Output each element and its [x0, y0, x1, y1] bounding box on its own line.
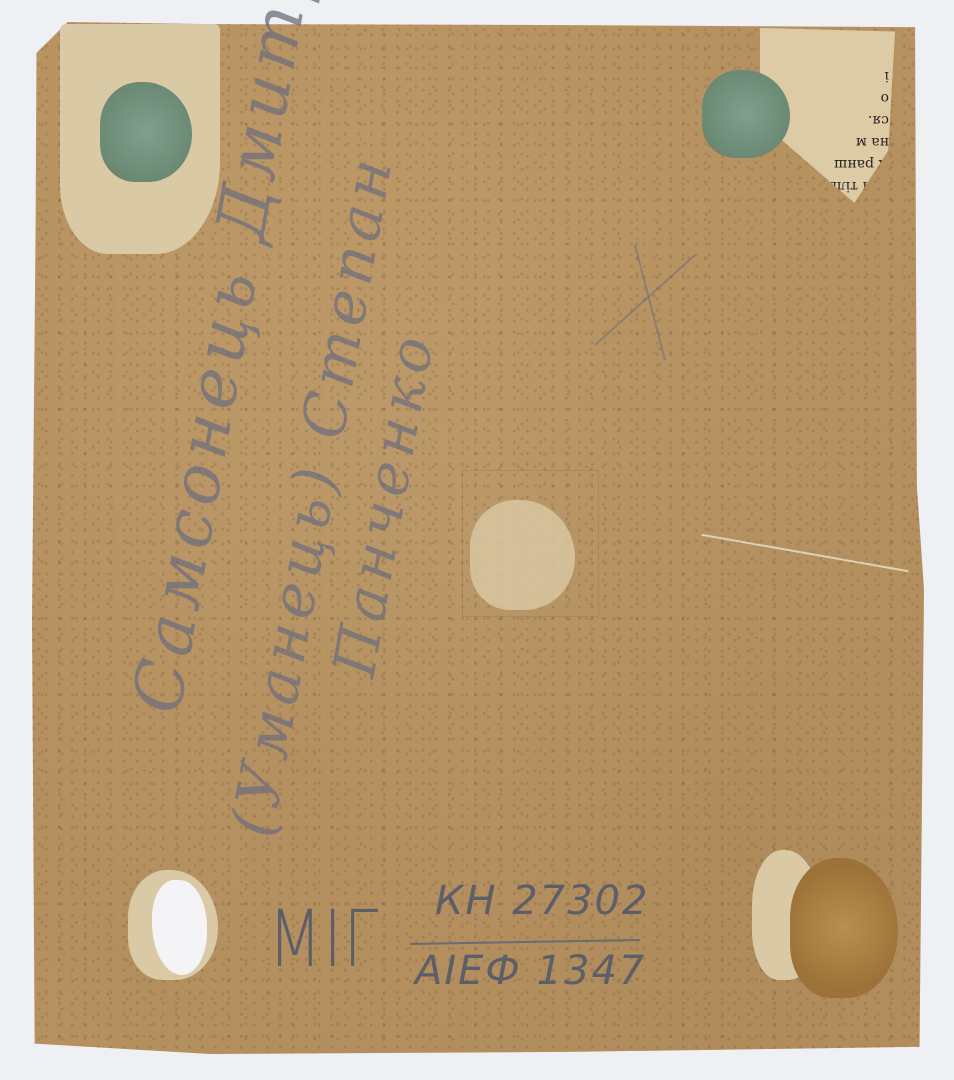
- pencil-cross-mark: [590, 240, 700, 360]
- scuff-center: [470, 500, 575, 610]
- glue-residue-top-right: [702, 70, 790, 158]
- glue-residue-top-left: [100, 82, 192, 182]
- clipping-line: і: [766, 65, 889, 87]
- archive-prefix: МІГ: [268, 895, 380, 985]
- catalog-number: КН 27302: [435, 878, 649, 924]
- fund-number: АІЕФ 1347: [415, 948, 646, 994]
- glue-residue-bottom-right: [790, 858, 898, 998]
